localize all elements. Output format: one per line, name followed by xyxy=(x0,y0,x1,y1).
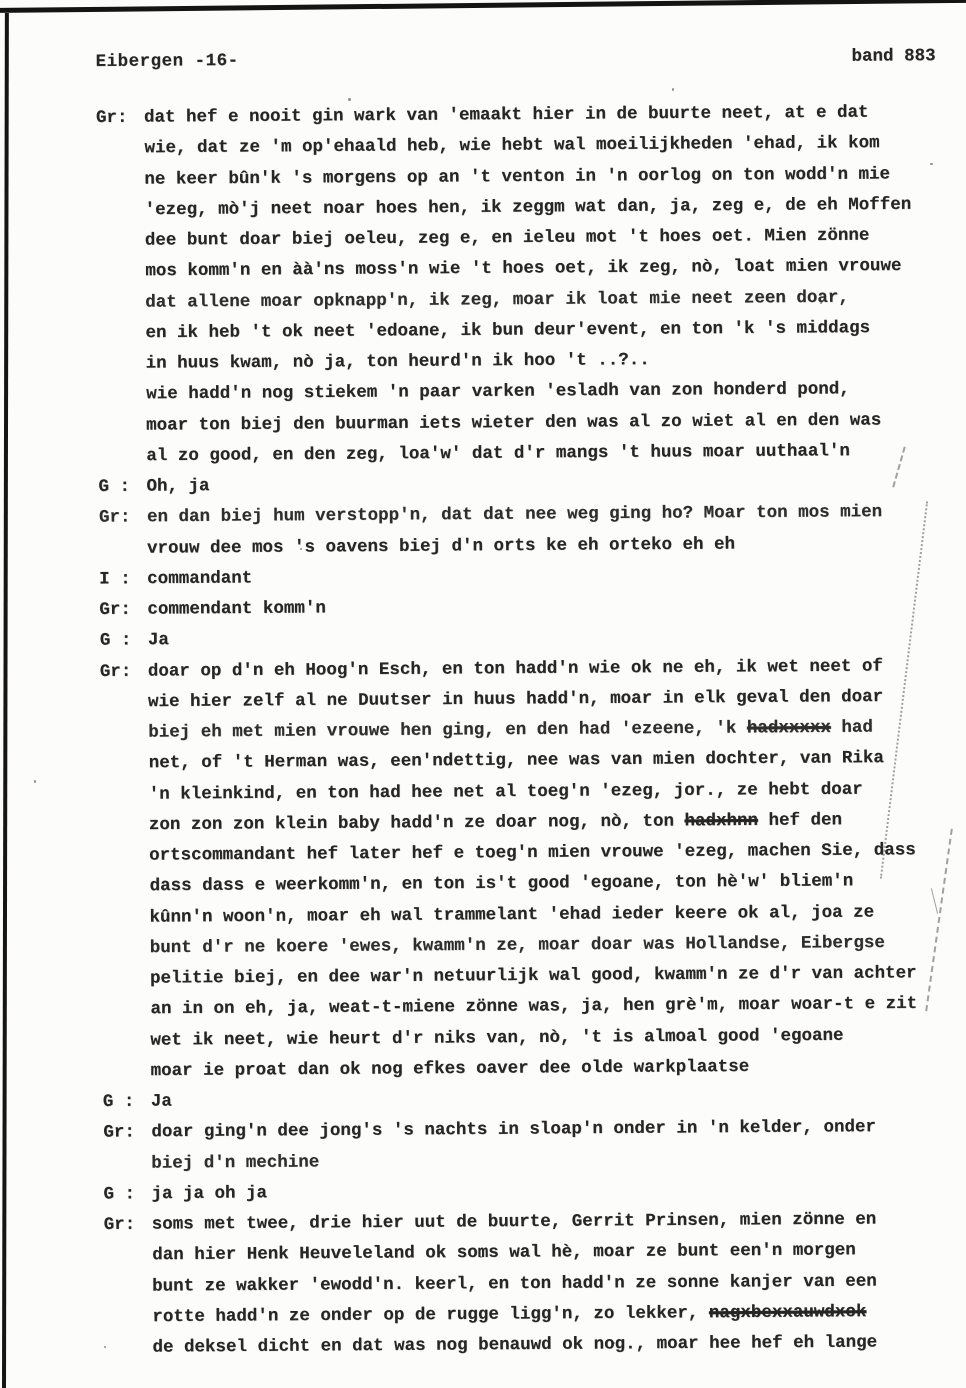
speaker-label xyxy=(96,195,144,226)
struck-out-text: hadxhnn xyxy=(684,811,758,832)
line-text: Oh, ja xyxy=(146,471,209,502)
speaker-label xyxy=(97,256,145,287)
speaker-label xyxy=(102,1056,150,1087)
transcript-line: Gr:en dan biej hum verstopp'n, dat dat n… xyxy=(99,496,944,533)
transcript-line: I :commandant xyxy=(99,559,944,596)
speaker-label xyxy=(97,318,145,349)
line-text: 'n kleinkind, en ton had hee net al toeg… xyxy=(149,774,863,810)
line-text: net, of 't Herman was, een'ndettig, nee … xyxy=(149,743,884,779)
transcript-line: rotte hadd'n ze onder op de rugge ligg'n… xyxy=(104,1297,949,1334)
speaker-label xyxy=(104,1302,152,1333)
line-text: en ik heb 't ok neet 'edoane, ik bun deu… xyxy=(145,313,870,349)
line-text: al zo good, en den zeg, loa'w' dat d'r m… xyxy=(146,437,850,473)
line-text: doar op d'n eh Hoog'n Esch, en ton hadd'… xyxy=(148,651,883,687)
transcript-line: dass dass e weerkomm'n, en ton is't good… xyxy=(101,865,946,902)
line-text: bunt d'r ne koere 'ewes, kwamm'n ze, moa… xyxy=(150,928,885,964)
speaker-label xyxy=(101,871,149,902)
document-page: Eibergen -16- band 883 Gr:dat hef e nooi… xyxy=(0,0,966,1388)
transcript-line: net, of 't Herman was, een'ndettig, nee … xyxy=(101,742,946,779)
transcript-line: en ik heb 't ok neet 'edoane, ik bun deu… xyxy=(97,313,942,350)
line-text: biej d'n mechine xyxy=(151,1147,319,1179)
line-text: moar ton biej den buurman iets wieter de… xyxy=(146,405,881,441)
line-text: bunt ze wakker 'ewodd'n. keerl, en ton h… xyxy=(152,1266,877,1302)
speaker-label: Gr: xyxy=(99,502,147,533)
speaker-label xyxy=(102,994,150,1025)
line-text: zon zon zon klein baby hadd'n ze doar no… xyxy=(149,806,842,842)
line-text: dan hier Henk Heuveleland ok soms wal hè… xyxy=(152,1235,856,1271)
transcript-line: zon zon zon klein baby hadd'n ze doar no… xyxy=(101,805,946,842)
line-text: vrouw dee mos 's oavens biej d'n orts ke… xyxy=(147,529,735,564)
speaker-label xyxy=(98,441,146,472)
line-text: doar ging'n dee jong's 's nachts in sloa… xyxy=(151,1112,876,1148)
transcript-line: al zo good, en den zeg, loa'w' dat d'r m… xyxy=(98,436,943,473)
transcript-line: wie, dat ze 'm op'ehaald heb, wie hebt w… xyxy=(96,127,941,164)
struck-out-text: nagxbexxauwdxok xyxy=(709,1302,867,1323)
line-text: an in on eh, ja, weat-t-miene zönne was,… xyxy=(150,989,917,1025)
speaker-label xyxy=(97,226,145,257)
speaker-label xyxy=(101,841,149,872)
speaker-label xyxy=(100,687,148,718)
line-text: kûnn'n woon'n, moar eh wal trammelant 'e… xyxy=(149,897,874,933)
transcript-line: wie hadd'n nog stiekem 'n paar varken 'e… xyxy=(98,373,943,410)
page-header-left: Eibergen -16- xyxy=(95,51,238,72)
transcript: Gr:dat hef e nooit gin wark van 'emaakt … xyxy=(96,97,950,1364)
line-text: wie hadd'n nog stiekem 'n paar varken 'e… xyxy=(146,374,850,410)
transcript-line: G :Ja xyxy=(100,619,945,656)
line-text: wet ik neet, wie heurt d'r niks van, nò,… xyxy=(150,1020,843,1056)
struck-out-text: hadxxxxx xyxy=(747,718,831,739)
speaker-label: G : xyxy=(103,1087,151,1118)
speaker-label xyxy=(104,1271,152,1302)
line-text: mos komm'n en àà'ns moss'n wie 't hoes o… xyxy=(145,251,901,287)
line-text: moar ie proat dan ok nog efkes oaver dee… xyxy=(150,1052,749,1087)
speaker-label xyxy=(102,964,150,995)
transcript-line: moar ie proat dan ok nog efkes oaver dee… xyxy=(102,1051,947,1088)
speaker-label: G : xyxy=(103,1179,151,1210)
line-text: dat allene moar opknapp'n, ik zeg, moar … xyxy=(145,282,849,318)
speaker-label xyxy=(104,1240,152,1271)
line-text: Ja xyxy=(151,1087,172,1118)
speaker-label xyxy=(98,349,146,380)
speaker-label xyxy=(101,748,149,779)
transcript-line: dan hier Henk Heuveleland ok soms wal hè… xyxy=(104,1234,949,1271)
speaker-label: Gr: xyxy=(100,656,148,687)
speaker-label xyxy=(103,1148,151,1179)
transcript-line: an in on eh, ja, weat-t-miene zönne was,… xyxy=(102,988,947,1025)
transcript-line: bunt d'r ne koere 'ewes, kwamm'n ze, moa… xyxy=(102,928,947,965)
speaker-label: G : xyxy=(98,472,146,503)
speaker-label: G : xyxy=(100,625,148,656)
line-text: ja ja oh ja xyxy=(151,1179,267,1211)
line-text: 'ezeg, mò'j neet noar hoes hen, ik zeggm… xyxy=(144,190,911,226)
speaker-label xyxy=(101,779,149,810)
line-text: commendant komm'n xyxy=(147,593,326,625)
line-text: wie, dat ze 'm op'ehaald heb, wie hebt w… xyxy=(144,128,879,164)
line-text: rotte hadd'n ze onder op de rugge ligg'n… xyxy=(152,1297,866,1333)
speaker-label xyxy=(98,410,146,441)
speaker-label: Gr: xyxy=(96,103,144,134)
transcript-line: 'ezeg, mò'j neet noar hoes hen, ik zeggm… xyxy=(96,190,941,227)
line-text: dass dass e weerkomm'n, en ton is't good… xyxy=(149,866,853,902)
speaker-label xyxy=(100,718,148,749)
speaker-label xyxy=(101,810,149,841)
speaker-label xyxy=(96,133,144,164)
line-text: in huus kwam, nò ja, ton heurd'n ik hoo … xyxy=(146,345,650,379)
speaker-label xyxy=(104,1333,152,1364)
speaker-label xyxy=(102,933,150,964)
typed-content: Eibergen -16- band 883 Gr:dat hef e nooi… xyxy=(0,0,966,1388)
transcript-line: G :ja ja oh ja xyxy=(103,1174,948,1211)
speaker-label xyxy=(102,1025,150,1056)
speaker-label xyxy=(98,379,146,410)
page-header-right: band 883 xyxy=(851,46,935,67)
speaker-label xyxy=(96,164,144,195)
line-text: ne keer bûn'k 's morgens op an 't venton… xyxy=(144,159,890,195)
line-text: Ja xyxy=(148,625,169,656)
speaker-label: I : xyxy=(99,564,147,595)
speaker-label xyxy=(99,533,147,564)
line-text: commandant xyxy=(147,564,252,595)
speaker-label xyxy=(101,902,149,933)
speaker-label xyxy=(97,287,145,318)
speaker-label: Gr: xyxy=(103,1117,151,1148)
line-text: de deksel dicht en dat was nog benauwd o… xyxy=(152,1328,877,1364)
speaker-label: Gr: xyxy=(99,595,147,626)
line-text: en dan biej hum verstopp'n, dat dat nee … xyxy=(147,497,882,533)
speaker-label: Gr: xyxy=(104,1210,152,1241)
